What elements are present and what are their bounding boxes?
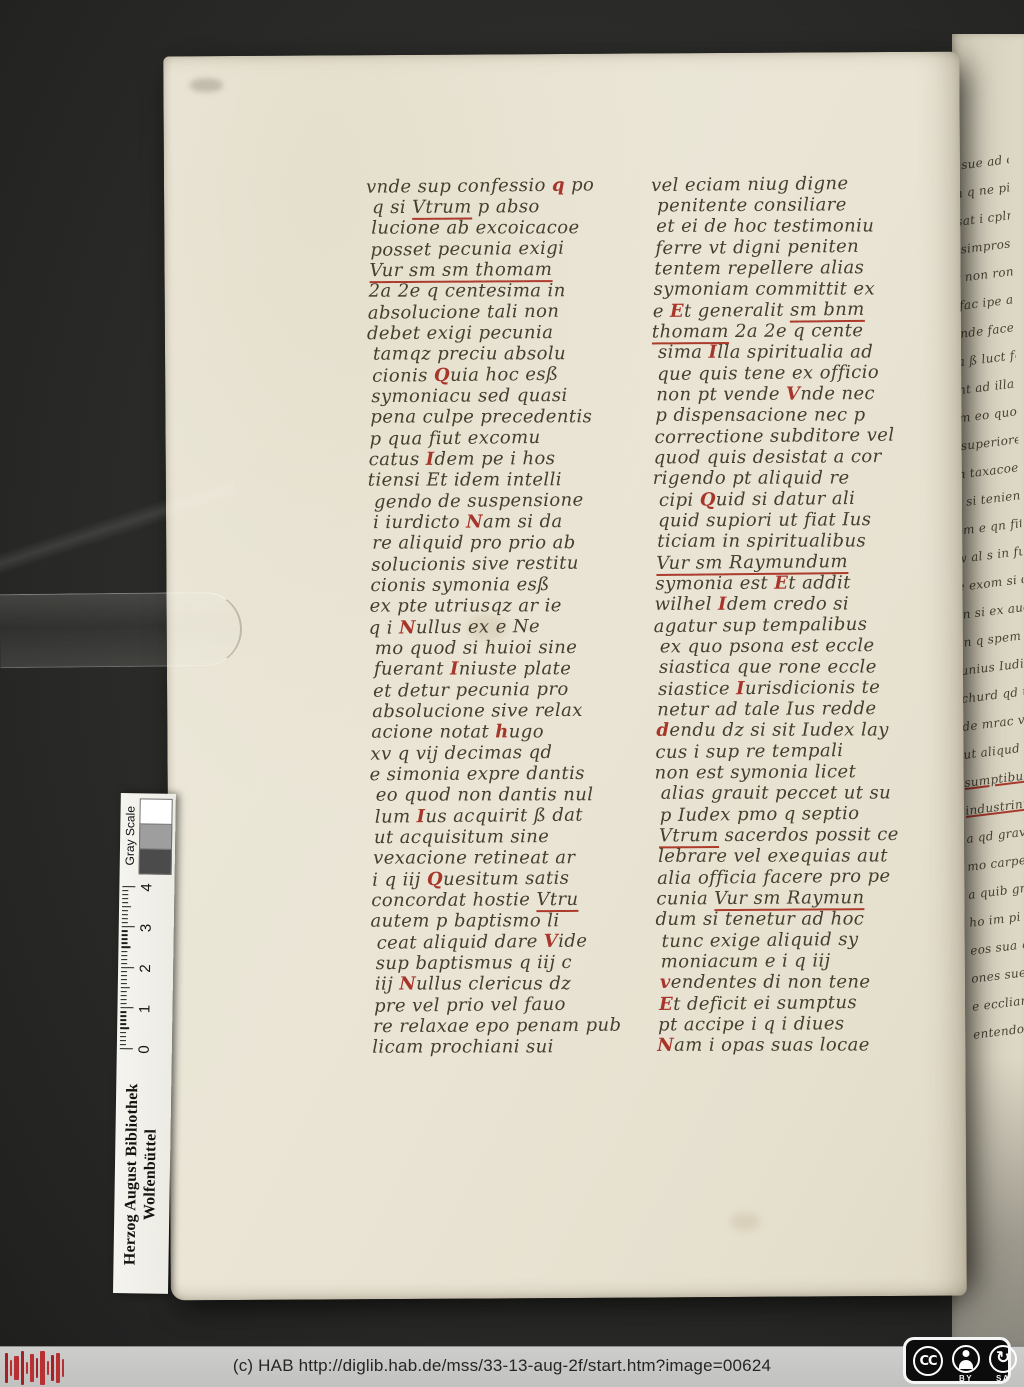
grayscale-patch bbox=[139, 823, 172, 850]
ruler-number: 1 bbox=[136, 1005, 153, 1014]
manuscript-page: vnde sup confessio q poq si Vtrum p abso… bbox=[163, 52, 967, 1301]
manuscript-line: Et deficit ei sumptus bbox=[659, 991, 939, 1015]
ruler-tick bbox=[122, 938, 128, 939]
gray-scale-ruler: Herzog August Bibliothek Wolfenbüttel 01… bbox=[113, 793, 176, 1294]
ruler-tick bbox=[120, 1032, 126, 1033]
ruler-tick bbox=[120, 1023, 126, 1024]
manuscript-line: e Et generalit sm bnm bbox=[653, 298, 933, 322]
grayscale-patch bbox=[139, 798, 172, 825]
ruler-tick bbox=[120, 1048, 133, 1050]
text-column-left: vnde sup confessio q poq si Vtrum p abso… bbox=[369, 175, 636, 1059]
manuscript-line: quod quis desistat a cor bbox=[654, 446, 934, 469]
ruler-tick bbox=[122, 930, 128, 931]
manuscript-line: symonia est Et addit bbox=[655, 572, 935, 595]
manuscript-line: debet exigi pecunia bbox=[367, 322, 629, 345]
ruler-tick bbox=[122, 902, 128, 903]
manuscript-line: autem p baptismo li bbox=[370, 910, 632, 931]
manuscript-line: wilhel Idem credo si bbox=[655, 593, 935, 614]
manuscript-line: vel eciam niug digne bbox=[651, 172, 931, 196]
manuscript-line: cionis Quia hoc esß bbox=[372, 363, 634, 387]
manuscript-line: symoniacu sed quasi bbox=[371, 385, 633, 408]
manuscript-line: et detur pecunia pro bbox=[373, 678, 635, 702]
ruler-tick bbox=[122, 926, 135, 928]
manuscript-line: siastica que rone eccle bbox=[659, 656, 939, 677]
ruler-tick bbox=[120, 1036, 126, 1037]
cc-icon: CC bbox=[913, 1346, 943, 1376]
cc-by-person-icon bbox=[952, 1345, 980, 1373]
manuscript-line: concordat hostie Vtru bbox=[371, 889, 633, 912]
manuscript-line: fuerant Iniuste plate bbox=[374, 658, 636, 679]
manuscript-line: dum si tenetur ad hoc bbox=[655, 908, 935, 929]
ruler-tick bbox=[120, 1011, 126, 1012]
manuscript-line: 2a 2e q centesima in bbox=[369, 280, 631, 301]
manuscript-line: ut acquisitum sine bbox=[374, 826, 636, 849]
ruler-tick bbox=[122, 922, 128, 923]
grayscale-patch bbox=[139, 848, 172, 875]
ruler-tick bbox=[120, 1007, 133, 1009]
cc-license-badge: CC BY ↻ SA bbox=[903, 1337, 1011, 1384]
ruler-tick bbox=[120, 1015, 126, 1016]
fox-spot bbox=[730, 1213, 760, 1231]
manuscript-line: alias grauit peccet ut su bbox=[661, 782, 941, 803]
manuscript-line: i iurdicto Nam si da bbox=[373, 511, 635, 534]
ruler-tick bbox=[121, 999, 127, 1000]
institution-line2: Wolfenbüttel bbox=[139, 1055, 162, 1293]
manuscript-line: correctione subditore vel bbox=[654, 424, 934, 448]
manuscript-line: alia officia facere pro pe bbox=[657, 865, 937, 889]
manuscript-line: cionis symonia esß bbox=[370, 574, 632, 597]
manuscript-line: pena culpe precedentis bbox=[370, 406, 632, 427]
manuscript-line: dendu dz si sit Iudex lay bbox=[656, 719, 936, 740]
manuscript-line: acione notat hugo bbox=[371, 721, 633, 742]
manuscript-line: ticiam in spiritualibus bbox=[657, 530, 937, 551]
manuscript-line: q i Nullus ex e Ne bbox=[369, 615, 631, 639]
cc-sa-arrow-icon: ↻ bbox=[989, 1345, 1017, 1373]
manuscript-line: ex quo psona est eccle bbox=[660, 635, 940, 658]
ruler-tick bbox=[121, 971, 127, 972]
ruler-tick bbox=[122, 934, 128, 935]
ruler-tick bbox=[121, 991, 127, 992]
manuscript-line: Vur sm Raymundum bbox=[656, 550, 936, 574]
manuscript-line: lum Ius acquirit ß dat bbox=[375, 804, 637, 828]
manuscript-line: pre vel prio vel fauo bbox=[374, 993, 636, 1017]
ruler-tick bbox=[121, 963, 127, 964]
ruler-tick bbox=[120, 1040, 126, 1041]
manuscript-line: licam prochiani sui bbox=[372, 1036, 634, 1057]
manuscript-line: lucione ab excoicacoe bbox=[371, 217, 633, 238]
manuscript-line: lebrare vel exequias aut bbox=[658, 845, 938, 866]
ruler-tick bbox=[121, 951, 127, 952]
manuscript-line: re aliquid pro prio ab bbox=[372, 532, 634, 553]
manuscript-line: vexacione retineat ar bbox=[373, 847, 635, 868]
ruler-tick bbox=[120, 1019, 126, 1020]
ruler-tick bbox=[120, 1044, 126, 1045]
manuscript-line: p Iudex pmo q septio bbox=[660, 802, 940, 826]
manuscript-line: ferre vt digni peniten bbox=[655, 235, 935, 259]
manuscript-line: vnde sup confessio q po bbox=[366, 174, 628, 198]
manuscript-line: tentem repellere alias bbox=[654, 257, 934, 280]
digitized-manuscript-photo: ps sue ad deam q ne pia sat i cplriN sim… bbox=[0, 0, 1024, 1387]
ruler-tick bbox=[121, 959, 127, 960]
manuscript-line: que quis tene ex officio bbox=[657, 361, 937, 385]
manuscript-line: tunc exige aliquid sy bbox=[662, 928, 942, 952]
manuscript-line: eo quod non dantis nul bbox=[376, 784, 638, 805]
cc-by-label: BY bbox=[959, 1374, 973, 1383]
ruler-number: 2 bbox=[137, 964, 154, 973]
manuscript-line: thomam 2a 2e q cente bbox=[652, 320, 932, 343]
ruler-tick bbox=[121, 947, 130, 948]
manuscript-line: sup baptismus q iij c bbox=[376, 952, 638, 975]
manuscript-line: sima Illa spiritualia ad bbox=[658, 341, 938, 362]
ruler-tick bbox=[122, 914, 128, 915]
ruler-tick bbox=[121, 979, 127, 980]
copyright-caption: (c) HAB http://diglib.hab.de/mss/33-13-a… bbox=[0, 1356, 1004, 1376]
manuscript-line: pt accipe i q i diues bbox=[658, 1013, 938, 1036]
ruler-tick bbox=[120, 1028, 129, 1029]
pencil-smudge bbox=[189, 78, 223, 92]
ruler-tick bbox=[122, 898, 128, 899]
ruler-tick bbox=[121, 975, 127, 976]
manuscript-line: et ei de hoc testimoniu bbox=[656, 215, 936, 236]
manuscript-line: non est symonia licet bbox=[655, 761, 935, 784]
manuscript-line: re relaxae epo penam pub bbox=[373, 1015, 635, 1038]
manuscript-line: cipi Quid si datur ali bbox=[659, 487, 939, 511]
manuscript-line: solucionis sive restitu bbox=[371, 552, 633, 576]
manuscript-line: p qua fiut excomu bbox=[369, 426, 631, 450]
manuscript-line: agatur sup tempalibus bbox=[654, 613, 934, 637]
ruler-tick bbox=[122, 886, 135, 888]
manuscript-line: i q iij Quesitum satis bbox=[372, 867, 634, 891]
institution-line1: Herzog August Bibliothek bbox=[120, 1055, 143, 1293]
manuscript-line: Nam i opas suas locae bbox=[657, 1034, 937, 1055]
manuscript-line: Vtrum sacerdos possit ce bbox=[659, 824, 939, 847]
manuscript-line: iij Nullus clericus dz bbox=[375, 973, 637, 994]
manuscript-line: ceat aliquid dare Vide bbox=[377, 930, 639, 954]
manuscript-line: Vur sm sm thomam bbox=[369, 259, 631, 282]
manuscript-line: non pt vende Vnde nec bbox=[656, 383, 936, 406]
ruler-tick bbox=[121, 942, 127, 943]
transparent-page-holder bbox=[0, 592, 242, 669]
ruler-tick bbox=[122, 910, 128, 911]
ruler-number: 0 bbox=[136, 1045, 153, 1054]
manuscript-line: gendo de suspensione bbox=[374, 489, 636, 513]
manuscript-line: catus Idem pe i hos bbox=[369, 448, 631, 471]
grayscale-label: Gray Scale bbox=[123, 793, 138, 878]
manuscript-line: ex pte utriusqz ar ie bbox=[370, 595, 632, 616]
ruler-tick bbox=[122, 906, 131, 907]
ruler-tick bbox=[121, 987, 130, 988]
manuscript-line: rigendo pt aliquid re bbox=[653, 467, 933, 488]
ruler-tick bbox=[122, 918, 128, 919]
cc-sa-label: SA bbox=[996, 1374, 1010, 1383]
ruler-ticks: 01234 bbox=[117, 878, 175, 1056]
manuscript-line: cus i sup re tempali bbox=[655, 739, 935, 763]
ruler-tick bbox=[121, 995, 127, 996]
text-column-right: vel eciam niug dignepenitente consiliare… bbox=[654, 173, 939, 1057]
manuscript-line: tiensi Et idem intelli bbox=[368, 469, 630, 490]
grayscale-patches bbox=[139, 793, 173, 879]
manuscript-line: quid supiori ut fiat Ius bbox=[658, 509, 938, 532]
manuscript-line: netur ad tale Ius redde bbox=[657, 698, 937, 721]
institution-label: Herzog August Bibliothek Wolfenbüttel bbox=[113, 1055, 172, 1294]
ruler-tick bbox=[121, 967, 134, 969]
ruler-tick bbox=[121, 955, 127, 956]
manuscript-line: absolucione tali non bbox=[368, 300, 630, 324]
manuscript-line: p dispensacione nec p bbox=[655, 404, 935, 425]
manuscript-line: tamqz preciu absolu bbox=[373, 343, 635, 364]
manuscript-line: moniacum e i q iij bbox=[661, 950, 941, 973]
ruler-tick bbox=[121, 983, 127, 984]
manuscript-line: absolucione sive relax bbox=[372, 700, 634, 723]
manuscript-line: xv q vij decimas qd bbox=[370, 741, 632, 765]
ruler-tick bbox=[122, 890, 128, 891]
manuscript-line: q si Vtrum p abso bbox=[372, 196, 634, 219]
caption-bar: (c) HAB http://diglib.hab.de/mss/33-13-a… bbox=[0, 1346, 1024, 1387]
manuscript-line: e simonia expre dantis bbox=[370, 763, 632, 786]
ruler-tick bbox=[121, 1003, 127, 1004]
manuscript-line: symoniam committit ex bbox=[654, 278, 934, 299]
ruler-number: 4 bbox=[138, 883, 155, 892]
manuscript-line: penitente consiliare bbox=[657, 194, 937, 217]
ruler-number: 3 bbox=[138, 924, 155, 933]
manuscript-line: vendentes di non tene bbox=[660, 971, 940, 992]
ruler-tick bbox=[122, 894, 128, 895]
manuscript-line: posset pecunia exigi bbox=[370, 237, 632, 261]
manuscript-line: mo quod si huioi sine bbox=[375, 637, 637, 660]
grayscale-block: Gray Scale bbox=[120, 793, 176, 879]
manuscript-line: cunia Vur sm Raymun bbox=[656, 887, 936, 910]
manuscript-line: siastice Iurisdicionis te bbox=[658, 676, 938, 700]
